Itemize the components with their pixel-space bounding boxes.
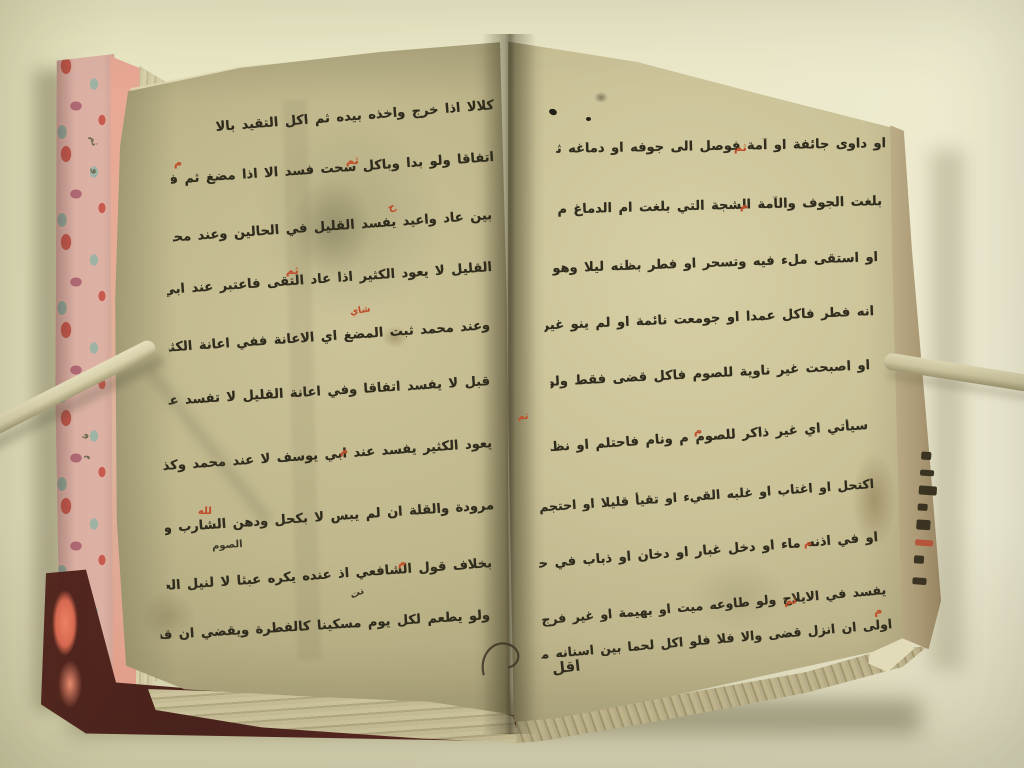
manuscript-photo: اقل كلالا اذا خرج واخذه بيده ثم اكل التق… <box>0 0 1024 768</box>
photo-vignette <box>0 0 1024 768</box>
